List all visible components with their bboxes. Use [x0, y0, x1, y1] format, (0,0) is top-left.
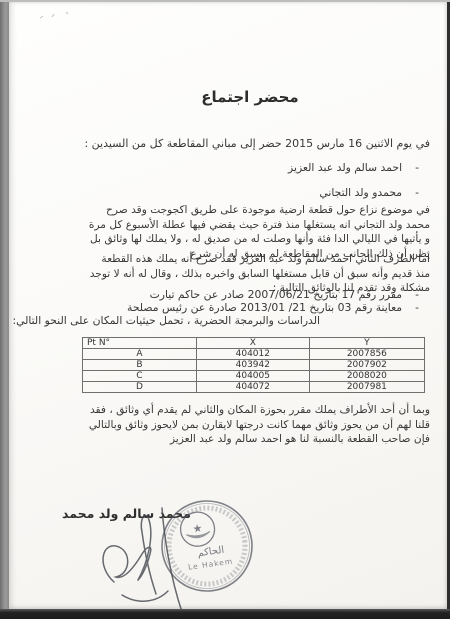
- attendee-name: محمدو ولد التجاني: [319, 186, 402, 199]
- document-title: محضر اجتماع: [150, 88, 350, 106]
- document-list-item: -معاينة رقم 03 بتاريخ 21/ 2013/01 صادرة …: [127, 301, 419, 314]
- coordinates-table: Pt N° X Y A 404012 2007856 B 403942 2007…: [82, 337, 425, 393]
- table-cell-y: 2008020: [309, 371, 424, 382]
- attendee-item: -محمدو ولد التجاني: [319, 186, 419, 199]
- bullet-dash-icon: -: [415, 186, 419, 199]
- document-item-continuation: الدراسات والبرمجة الحضرية ، تحمل حيثيات …: [12, 314, 320, 327]
- document-item-text: معاينة رقم 03 بتاريخ 21/ 2013/01 صادرة ع…: [127, 301, 402, 314]
- attendee-item: -احمد سالم ولد عبد العزيز: [288, 161, 419, 174]
- table-cell-x: 404012: [196, 349, 309, 360]
- scan-edge-left: [0, 0, 9, 619]
- scanned-document-page: محضر اجتماع في يوم الاثنين 16 مارس 2015 …: [0, 0, 450, 619]
- table-header-y: Y: [309, 338, 424, 349]
- bullet-dash-icon: -: [415, 161, 419, 174]
- table-header-row: Pt N° X Y: [83, 338, 425, 349]
- table-cell-y: 2007902: [309, 360, 424, 371]
- document-item-text: مقرر رقم 17 بتاريخ 2007/06/21 صادر عن حا…: [150, 288, 403, 301]
- table-header-x: X: [196, 338, 309, 349]
- table-cell-point: A: [83, 349, 197, 360]
- table-cell-point: B: [83, 360, 197, 371]
- table-cell-point: C: [83, 371, 197, 382]
- bullet-dash-icon: -: [415, 288, 419, 301]
- table-cell-point: D: [83, 382, 197, 393]
- table-row: C 404005 2008020: [83, 371, 425, 382]
- table-cell-y: 2007856: [309, 349, 424, 360]
- table-header-pt: Pt N°: [83, 338, 197, 349]
- intro-line: في يوم الاثنين 16 مارس 2015 حضر إلى مبان…: [84, 137, 430, 150]
- signature-icon: [92, 502, 212, 617]
- table-row: D 404072 2007981: [83, 382, 425, 393]
- pencil-marks: [38, 8, 78, 24]
- conclusion-paragraph: وبما أن أحد الأطراف يملك مقرر بحوزة المك…: [84, 403, 430, 447]
- scan-edge-top: [0, 0, 450, 2]
- table-row: B 403942 2007902: [83, 360, 425, 371]
- bullet-dash-icon: -: [415, 301, 419, 314]
- scan-edge-bottom: [0, 609, 450, 619]
- table-cell-x: 404005: [196, 371, 309, 382]
- table-cell-x: 404072: [196, 382, 309, 393]
- attendee-name: احمد سالم ولد عبد العزيز: [288, 161, 402, 174]
- document-list-item: -مقرر رقم 17 بتاريخ 2007/06/21 صادر عن ح…: [150, 288, 419, 301]
- table-cell-x: 403942: [196, 360, 309, 371]
- table-cell-y: 2007981: [309, 382, 424, 393]
- table-row: A 404012 2007856: [83, 349, 425, 360]
